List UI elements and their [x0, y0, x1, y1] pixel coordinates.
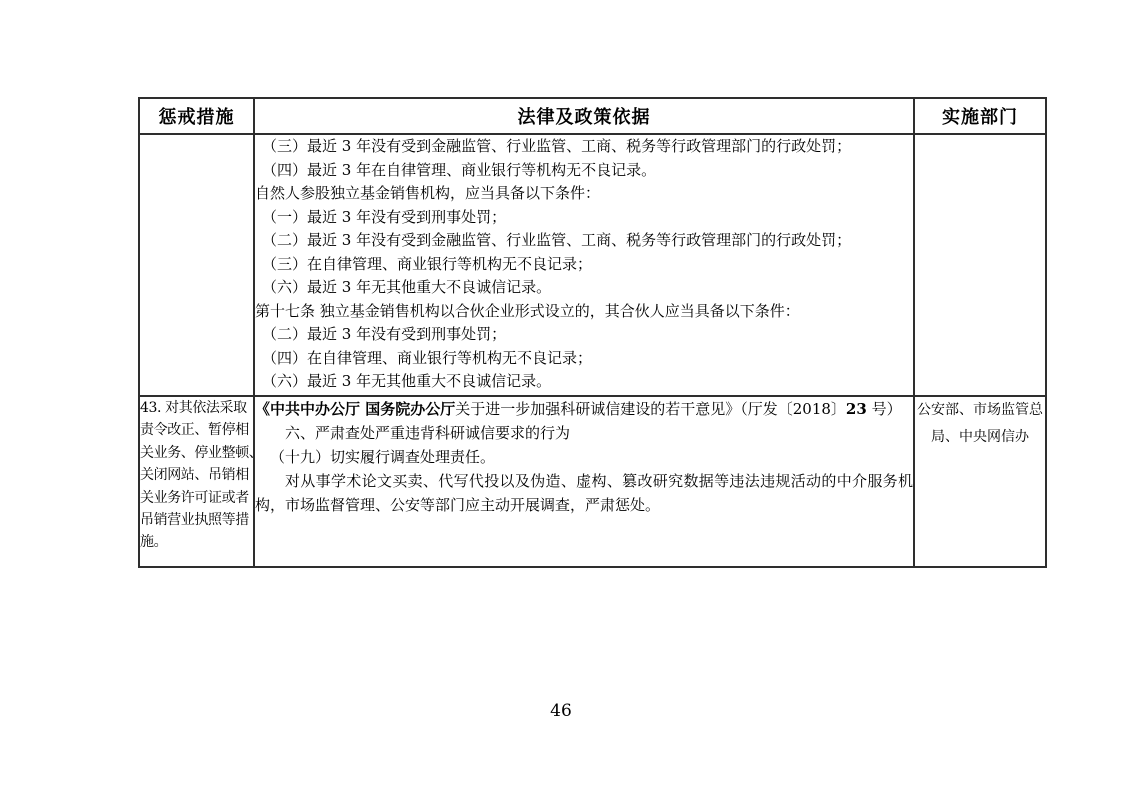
measure-cell: 43. 对其依法采取 责令改正、暂停相 关业务、停业整顿、 关闭网站、吊销相 关… [139, 396, 254, 567]
measure-line: 吊销营业执照等措 [140, 509, 253, 531]
basis-title-text: 号） [867, 400, 902, 418]
header-legal-basis: 法律及政策依据 [254, 98, 914, 134]
page-number: 46 [0, 701, 1122, 721]
basis-line: （二）最近 3 年没有受到金融监管、行业监管、工商、税务等行政管理部门的行政处罚… [255, 229, 913, 253]
department-cell: 公安部、市场监管总 局、中央网信办 [914, 396, 1046, 567]
measure-line: 关业务、停业整顿、 [140, 442, 253, 464]
basis-paragraph: 对从事学术论文买卖、代写代投以及伪造、虚构、篡改研究数据等违法违规活动的中介服务… [255, 469, 913, 517]
basis-line: （三）在自律管理、商业银行等机构无不良记录； [255, 253, 913, 277]
document-page: 惩戒措施 法律及政策依据 实施部门 （三）最近 3 年没有受到金融监管、行业监管… [0, 0, 1122, 793]
basis-title-text: 关于进一步加强科研诚信建设的若干意见》（厅发〔2018〕 [455, 400, 846, 418]
legal-basis-cell: （三）最近 3 年没有受到金融监管、行业监管、工商、税务等行政管理部门的行政处罚… [254, 134, 914, 396]
table-row: 43. 对其依法采取 责令改正、暂停相 关业务、停业整顿、 关闭网站、吊销相 关… [139, 396, 1046, 567]
measure-line: 责令改正、暂停相 [140, 419, 253, 441]
basis-line: （四）在自律管理、商业银行等机构无不良记录； [255, 347, 913, 371]
department-cell-empty [914, 134, 1046, 396]
basis-line: （四）最近 3 年在自律管理、商业银行等机构无不良记录。 [255, 159, 913, 183]
measure-line: 43. 对其依法采取 [140, 397, 253, 419]
basis-line: 第十七条 独立基金销售机构以合伙企业形式设立的，其合伙人应当具备以下条件： [255, 300, 913, 324]
basis-title-line: 《中共中办公厅 国务院办公厅关于进一步加强科研诚信建设的若干意见》（厅发〔201… [255, 397, 913, 421]
basis-title-bold: 《中共中办公厅 国务院办公厅 [255, 400, 455, 418]
basis-line: （六）最近 3 年无其他重大不良诚信记录。 [255, 276, 913, 300]
sanction-table: 惩戒措施 法律及政策依据 实施部门 （三）最近 3 年没有受到金融监管、行业监管… [138, 97, 1047, 568]
basis-paragraph: 六、严肃查处严重违背科研诚信要求的行为 [255, 421, 913, 445]
legal-basis-cell: 《中共中办公厅 国务院办公厅关于进一步加强科研诚信建设的若干意见》（厅发〔201… [254, 396, 914, 567]
basis-line: （三）最近 3 年没有受到金融监管、行业监管、工商、税务等行政管理部门的行政处罚… [255, 135, 913, 159]
basis-line: 自然人参股独立基金销售机构，应当具备以下条件： [255, 182, 913, 206]
measure-line: 关闭网站、吊销相 [140, 464, 253, 486]
header-department: 实施部门 [914, 98, 1046, 134]
basis-line: （一）最近 3 年没有受到刑事处罚； [255, 206, 913, 230]
department-line: 公安部、市场监管总 [915, 397, 1045, 424]
header-measure: 惩戒措施 [139, 98, 254, 134]
measure-cell-empty [139, 134, 254, 396]
measure-line: 关业务许可证或者 [140, 487, 253, 509]
basis-paragraph: （十九）切实履行调查处理责任。 [255, 445, 913, 469]
basis-title-number: 23 [846, 400, 867, 418]
table-row: （三）最近 3 年没有受到金融监管、行业监管、工商、税务等行政管理部门的行政处罚… [139, 134, 1046, 396]
measure-line: 施。 [140, 531, 253, 553]
table-header-row: 惩戒措施 法律及政策依据 实施部门 [139, 98, 1046, 134]
basis-line: （二）最近 3 年没有受到刑事处罚； [255, 323, 913, 347]
department-line: 局、中央网信办 [915, 424, 1045, 451]
basis-line: （六）最近 3 年无其他重大不良诚信记录。 [255, 370, 913, 394]
